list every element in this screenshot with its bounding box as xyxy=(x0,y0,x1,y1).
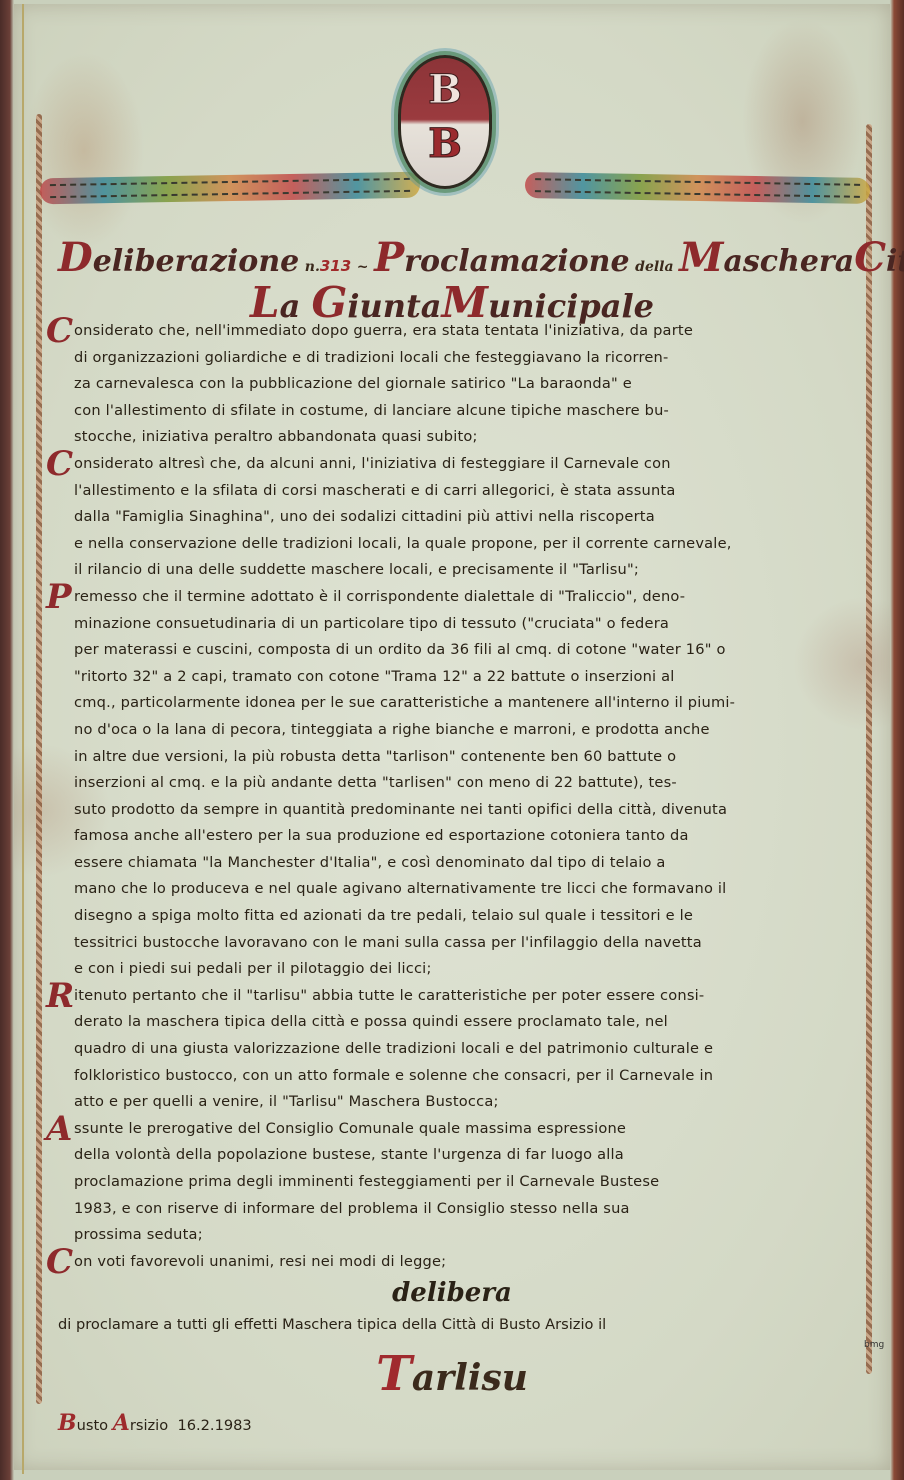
title-dash: ~ xyxy=(357,259,369,275)
text-line: on voti favorevoli unanimi, resi nei mod… xyxy=(74,1249,834,1276)
title-word-proclamazione: Proclamazione xyxy=(374,244,630,279)
date: 16.2.1983 xyxy=(177,1417,251,1434)
text-line: il rilancio di una delle suddette masche… xyxy=(74,557,834,584)
text-line: onsiderato altresì che, da alcuni anni, … xyxy=(74,451,834,478)
text-line: disegno a spiga molto fitta ed azionati … xyxy=(74,903,834,930)
paragraph-assunte: A ssunte le prerogative del Consiglio Co… xyxy=(74,1116,834,1249)
text-line: remesso che il termine adottato è il cor… xyxy=(74,584,834,611)
text-line: dalla "Famiglia Sinaghina", uno dei soda… xyxy=(74,504,834,531)
text-line: itenuto pertanto che il "tarlisu" abbia … xyxy=(74,983,834,1010)
text-line: e con i piedi sui pedali per il pilotagg… xyxy=(74,956,834,983)
dropcap: A xyxy=(46,1112,73,1146)
text-line: stocche, iniziativa peraltro abbandonata… xyxy=(74,424,834,451)
paragraph-premesso: P remesso che il termine adottato è il c… xyxy=(74,584,834,983)
paragraph-considerato-2: C onsiderato altresì che, da alcuni anni… xyxy=(74,451,834,584)
dropcap: C xyxy=(46,314,73,348)
text-line: atto e per quelli a venire, il "Tarlisu"… xyxy=(74,1089,834,1116)
dropcap: R xyxy=(46,979,74,1013)
text-line: 1983, e con riserve di informare del pro… xyxy=(74,1196,834,1223)
text-line: ssunte le prerogative del Consiglio Comu… xyxy=(74,1116,834,1143)
text-line: in altre due versioni, la più robusta de… xyxy=(74,744,834,771)
delibera-heading: delibera xyxy=(0,1278,904,1308)
dropcap: P xyxy=(46,580,72,614)
text-line: famosa anche all'estero per la sua produ… xyxy=(74,823,834,850)
text-line: tessitrici bustocche lavoravano con le m… xyxy=(74,930,834,957)
text-line: per materassi e cuscini, composta di un … xyxy=(74,637,834,664)
text-line: "ritorto 32" a 2 capi, tramato con coton… xyxy=(74,664,834,691)
text-line: e nella conservazione delle tradizioni l… xyxy=(74,531,834,558)
dropcap: C xyxy=(46,447,73,481)
crest-bottom-letter: B xyxy=(401,120,489,167)
text-line: folkloristico bustocco, con un atto form… xyxy=(74,1063,834,1090)
number-prefix: n. xyxy=(305,259,320,275)
title-word-deliberazione: Deliberazione xyxy=(58,244,299,279)
text-line: inserzioni al cmq. e la più andante dett… xyxy=(74,770,834,797)
paragraph-ritenuto: R itenuto pertanto che il "tarlisu" abbi… xyxy=(74,983,834,1116)
text-line: essere chiamata "la Manchester d'Italia"… xyxy=(74,850,834,877)
text-line: suto prodotto da sempre in quantità pred… xyxy=(74,797,834,824)
text-line: za carnevalesca con la pubblicazione del… xyxy=(74,371,834,398)
text-line: mano che lo produceva e nel quale agivan… xyxy=(74,876,834,903)
text-line: no d'oca o la lana di pecora, tinteggiat… xyxy=(74,717,834,744)
paragraph-con-voti: C on voti favorevoli unanimi, resi nei m… xyxy=(74,1249,834,1276)
text-line: con l'allestimento di sfilate in costume… xyxy=(74,398,834,425)
text-line: di organizzazioni goliardiche e di tradi… xyxy=(74,345,834,372)
title-word-maschera: Maschera xyxy=(679,244,854,279)
bb-crest-emblem: B B xyxy=(398,55,492,189)
document-body: C onsiderato che, nell'immediato dopo gu… xyxy=(74,318,834,1275)
text-line: derato la maschera tipica della città e … xyxy=(74,1009,834,1036)
tarlisu-title: Tarlisu xyxy=(0,1346,904,1402)
left-floral-scroll-icon xyxy=(40,172,420,205)
text-line: prossima seduta; xyxy=(74,1222,834,1249)
text-line: minazione consuetudinaria di un particol… xyxy=(74,611,834,638)
text-line: onsiderato che, nell'immediato dopo guer… xyxy=(74,318,834,345)
text-line: l'allestimento e la sfilata di corsi mas… xyxy=(74,478,834,505)
text-line: cmq., particolarmente idonea per le sue … xyxy=(74,690,834,717)
text-line: della volontà della popolazione bustese,… xyxy=(74,1142,834,1169)
artist-signature: bmg xyxy=(864,1340,884,1350)
gold-border-line xyxy=(22,4,24,1474)
dropcap: C xyxy=(46,1245,73,1279)
crest-top-letter: B xyxy=(401,66,489,113)
place-and-date: Busto Arsizio 16.2.1983 xyxy=(58,1410,252,1436)
document-title: Deliberazione n.313 ~ Proclamazione dell… xyxy=(58,234,848,281)
right-floral-scroll-icon xyxy=(525,172,870,204)
paragraph-considerato-1: C onsiderato che, nell'immediato dopo gu… xyxy=(74,318,834,451)
title-word-della: della xyxy=(635,259,673,275)
text-line: quadro di una giusta valorizzazione dell… xyxy=(74,1036,834,1063)
title-word-cittadina: Cittadina xyxy=(854,244,904,279)
deliberation-number: 313 xyxy=(320,257,351,275)
proclamation-line: di proclamare a tutti gli effetti Masche… xyxy=(58,1316,858,1333)
text-line: proclamazione prima degli imminenti fest… xyxy=(74,1169,834,1196)
